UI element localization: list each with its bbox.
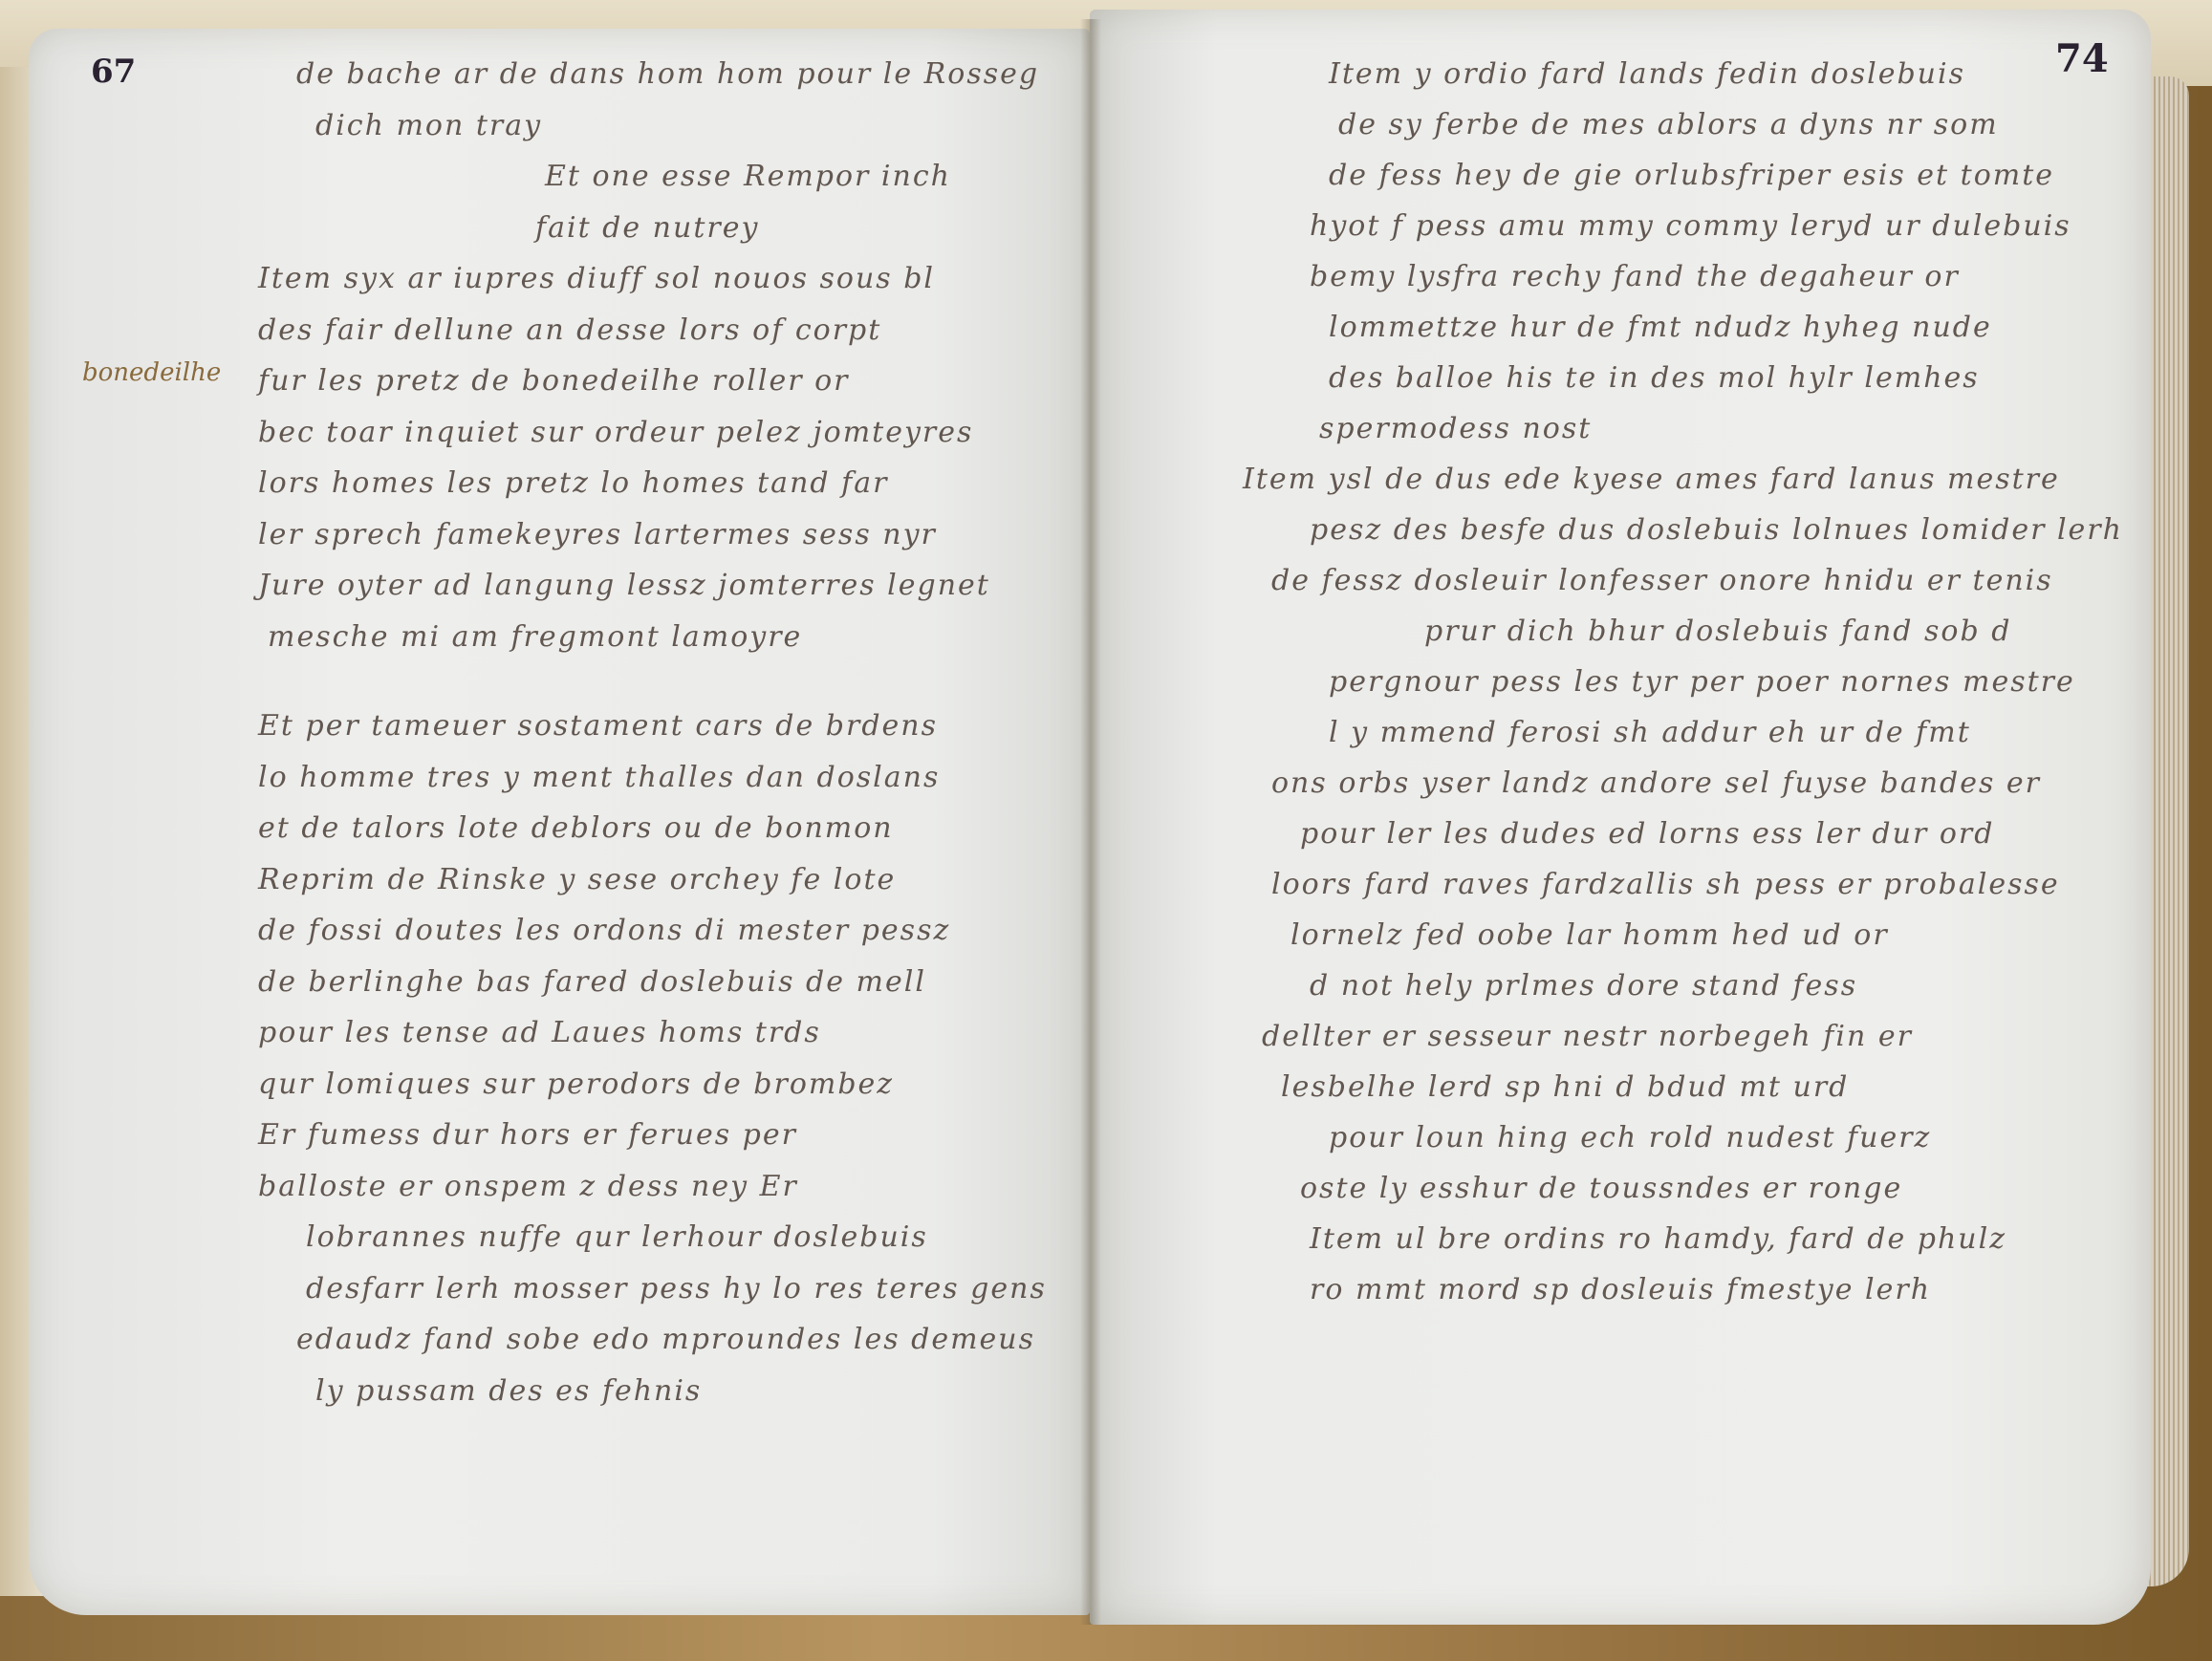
manuscript-line: lesbelhe lerd sp hni d bdud mt urd xyxy=(1281,1070,1849,1104)
manuscript-line: pour ler les dudes ed lorns ess ler dur … xyxy=(1300,817,1994,851)
manuscript-line: Item y ordio fard lands fedin doslebuis xyxy=(1329,57,1965,91)
manuscript-line: des balloe his te in des mol hylr lemhes xyxy=(1329,361,1980,395)
manuscript-line: de fossi doutes les ordons di mester pes… xyxy=(258,914,950,947)
manuscript-line: edaudz fand sobe edo mproundes les demeu… xyxy=(296,1323,1035,1356)
manuscript-line: fait de nutrey xyxy=(535,211,759,245)
manuscript-line: Er fumess dur hors er ferues per xyxy=(258,1118,797,1152)
left-folio-mark: 67 xyxy=(91,53,136,91)
manuscript-line: bemy lysfra rechy fand the degaheur or xyxy=(1310,260,1960,293)
manuscript-line: Jure oyter ad langung lessz jomterres le… xyxy=(258,569,990,602)
manuscript-line: Reprim de Rinske y sese orchey fe lote xyxy=(258,863,896,896)
manuscript-line: Item ul bre ordins ro hamdy, fard de phu… xyxy=(1310,1222,2006,1256)
manuscript-line: ler sprech famekeyres lartermes sess nyr xyxy=(258,518,937,551)
manuscript-line: des fair dellune an desse lors of corpt xyxy=(258,313,881,347)
manuscript-line: ons orbs yser landz andore sel fuyse ban… xyxy=(1271,766,2041,800)
manuscript-line: lors homes les pretz lo homes tand far xyxy=(258,466,888,500)
manuscript-line: qur lomiques sur perodors de brombez xyxy=(258,1068,894,1101)
manuscript-line: balloste er onspem z dess ney Er xyxy=(258,1170,798,1203)
manuscript-line: lommettze hur de fmt ndudz hyheg nude xyxy=(1329,311,1992,344)
manuscript-line: bec toar inquiet sur ordeur pelez jomtey… xyxy=(258,416,973,449)
manuscript-line: lobrannes nuffe qur lerhour doslebuis xyxy=(306,1220,928,1254)
manuscript-line: pour les tense ad Laues homs trds xyxy=(258,1016,821,1049)
manuscript-line: hyot f pess amu mmy commy leryd ur duleb… xyxy=(1310,209,2071,243)
manuscript-line: prur dich bhur doslebuis fand sob d xyxy=(1424,615,2011,648)
manuscript-line: ro mmt mord sp dosleuis fmestye lerh xyxy=(1310,1273,1931,1306)
manuscript-line: loors fard raves fardzallis sh pess er p… xyxy=(1271,868,2060,901)
manuscript-line: oste ly esshur de toussndes er ronge xyxy=(1300,1172,1902,1205)
manuscript-line: Item ysl de dus ede kyese ames fard lanu… xyxy=(1243,463,2060,496)
manuscript-line: de fessz dosleuir lonfesser onore hnidu … xyxy=(1271,564,2053,597)
manuscript-line: dich mon tray xyxy=(315,109,542,142)
manuscript-line: Item syx ar iupres diuff sol nouos sous … xyxy=(258,262,935,295)
manuscript-line: pesz des besfe dus doslebuis lolnues lom… xyxy=(1310,513,2123,547)
manuscript-line: pour loun hing ech rold nudest fuerz xyxy=(1329,1121,1931,1154)
manuscript-line: Et per tameuer sostament cars de brdens xyxy=(258,709,938,743)
right-folio-number: 74 xyxy=(2055,36,2109,81)
margin-note: bonedeilhe xyxy=(82,358,221,387)
manuscript-line: fur les pretz de bonedeilhe roller or xyxy=(258,364,850,398)
manuscript-line: d not hely prlmes dore stand fess xyxy=(1310,969,1857,1003)
manuscript-line: lo homme tres y ment thalles dan doslans xyxy=(258,761,940,794)
manuscript-line: ly pussam des es fehnis xyxy=(315,1374,702,1408)
manuscript-line: spermodess nost xyxy=(1319,412,1592,445)
book-gutter xyxy=(1080,19,1101,1625)
manuscript-line: de berlinghe bas fared doslebuis de mell xyxy=(258,965,926,999)
manuscript-line: dellter er sesseur nestr norbegeh fin er xyxy=(1262,1020,1913,1053)
manuscript-line: de bache ar de dans hom hom pour le Ross… xyxy=(296,57,1039,91)
manuscript-line: de sy ferbe de mes ablors a dyns nr som xyxy=(1338,108,1999,141)
manuscript-line: l y mmend ferosi sh addur eh ur de fmt xyxy=(1329,716,1971,749)
manuscript-line: lornelz fed oobe lar homm hed ud or xyxy=(1290,918,1889,952)
manuscript-line: de fess hey de gie orlubsfriper esis et … xyxy=(1329,159,2054,192)
manuscript-line: mesche mi am fregmont lamoyre xyxy=(268,620,802,654)
manuscript-line: et de talors lote deblors ou de bonmon xyxy=(258,811,894,845)
manuscript-line: desfarr lerh mosser pess hy lo res teres… xyxy=(306,1272,1047,1305)
manuscript-line: pergnour pess les tyr per poer nornes me… xyxy=(1329,665,2075,699)
manuscript-line: Et one esse Rempor inch xyxy=(545,160,951,193)
